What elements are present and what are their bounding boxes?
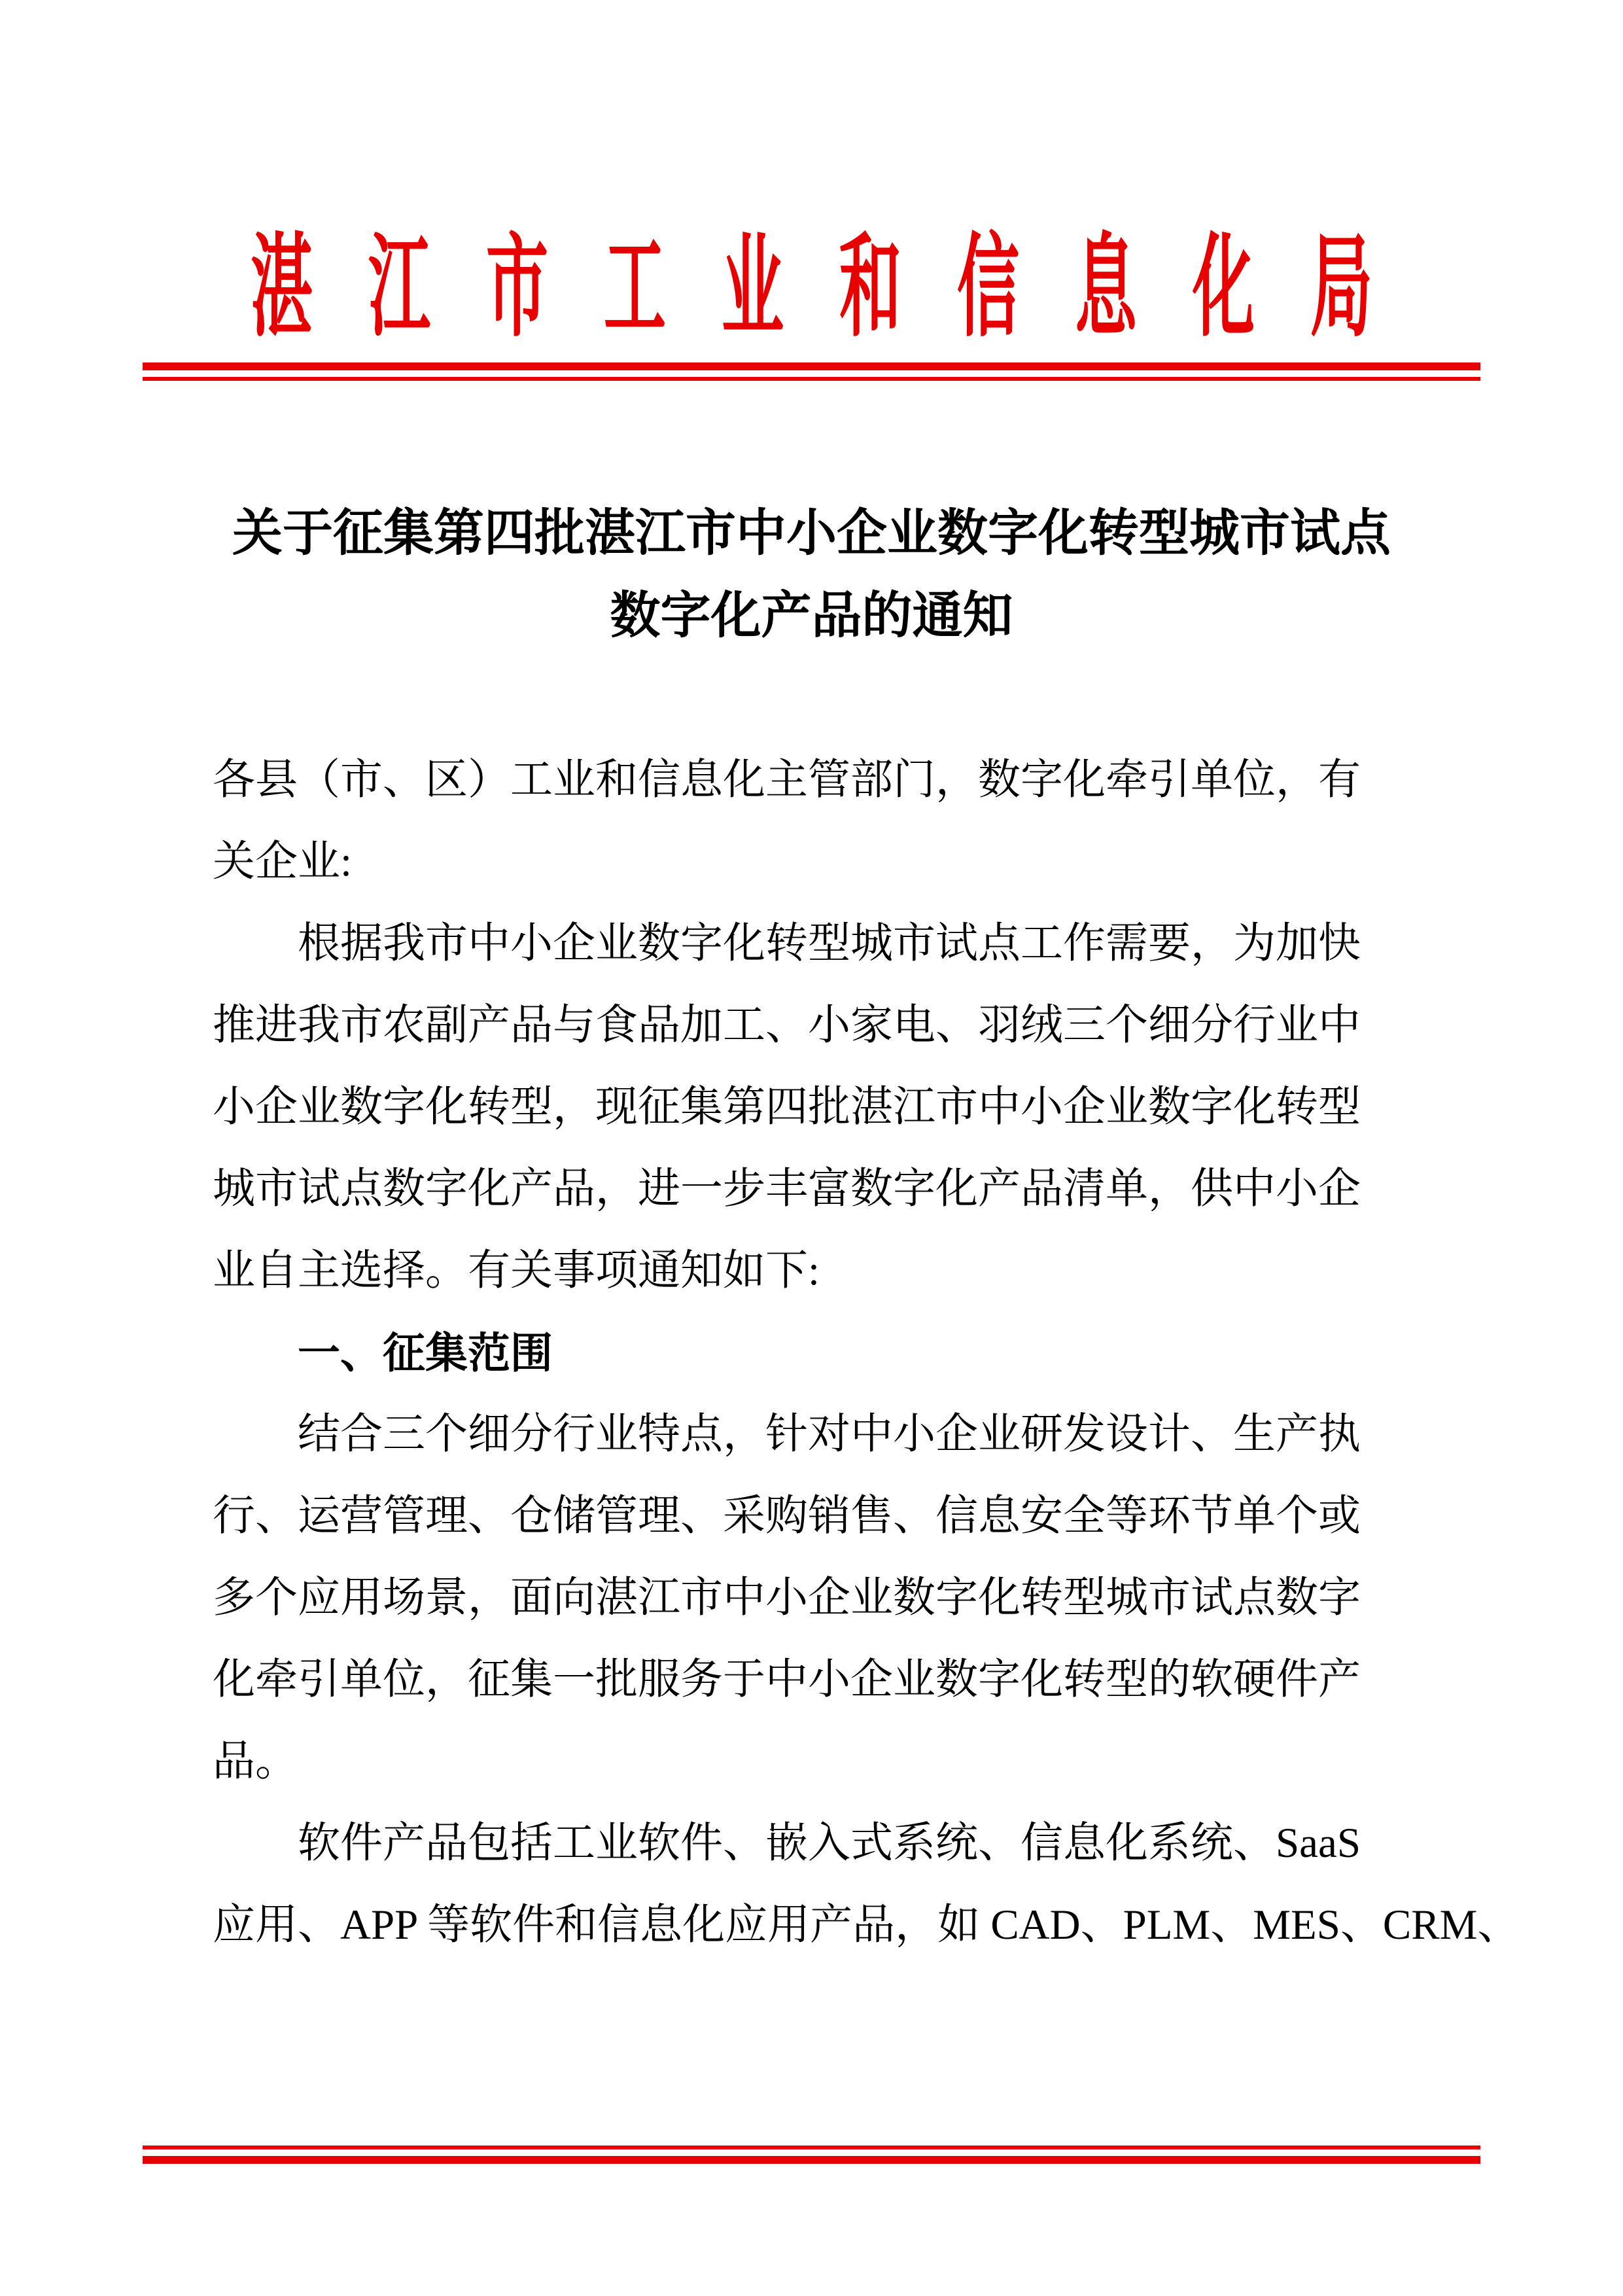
section-heading-collection-scope: 一、征集范围 [213, 1312, 1410, 1394]
body-line-para1-1: 根据我市中小企业数字化转型城市试点工作需要，为加快 [213, 903, 1410, 985]
body-line-para3-1: 软件产品包括工业软件、嵌入式系统、信息化系统、SaaS [213, 1803, 1410, 1884]
document-title: 关于征集第四批湛江市中小企业数字化转型城市试点 数字化产品的通知 [0, 492, 1623, 657]
body-line-para1-4: 城市试点数字化产品，进一步丰富数字化产品清单，供中小企 [213, 1148, 1410, 1230]
document-body: 各县（市、区）工业和信息化主管部门，数字化牵引单位，有 关企业: 根据我市中小企… [213, 739, 1410, 1966]
body-line-para2-5: 品。 [213, 1721, 1410, 1803]
document-title-line-1: 关于征集第四批湛江市中小企业数字化转型城市试点 [0, 492, 1623, 574]
body-line-para2-4: 化牵引单位，征集一批服务于中小企业数字化转型的软硬件产 [213, 1639, 1410, 1721]
document-title-line-2: 数字化产品的通知 [0, 574, 1623, 657]
body-line-salutation-1: 各县（市、区）工业和信息化主管部门，数字化牵引单位，有 [213, 739, 1410, 821]
body-line-para3-2: 应用、APP 等软件和信息化应用产品，如 CAD、PLM、MES、CRM、 [213, 1884, 1410, 1966]
body-line-salutation-2: 关企业: [213, 821, 1410, 903]
letterhead-agency-name: 湛江市工业和信息化局 [0, 229, 1623, 347]
body-line-para1-3: 小企业数字化转型，现征集第四批湛江市中小企业数字化转型 [213, 1067, 1410, 1148]
document-page: 湛江市工业和信息化局 关于征集第四批湛江市中小企业数字化转型城市试点 数字化产品… [0, 0, 1623, 2296]
body-line-para1-5: 业自主选择。有关事项通知如下: [213, 1230, 1410, 1312]
body-line-para2-2: 行、运营管理、仓储管理、采购销售、信息安全等环节单个或 [213, 1475, 1410, 1557]
header-rule-thin [143, 377, 1480, 381]
body-line-para2-1: 结合三个细分行业特点，针对中小企业研发设计、生产执 [213, 1394, 1410, 1475]
header-rule-thick [143, 362, 1480, 370]
body-line-para1-2: 推进我市农副产品与食品加工、小家电、羽绒三个细分行业中 [213, 985, 1410, 1067]
footer-rule-thick [143, 2156, 1480, 2164]
body-line-para2-3: 多个应用场景，面向湛江市中小企业数字化转型城市试点数字 [213, 1557, 1410, 1639]
footer-rule-thin [143, 2146, 1480, 2149]
